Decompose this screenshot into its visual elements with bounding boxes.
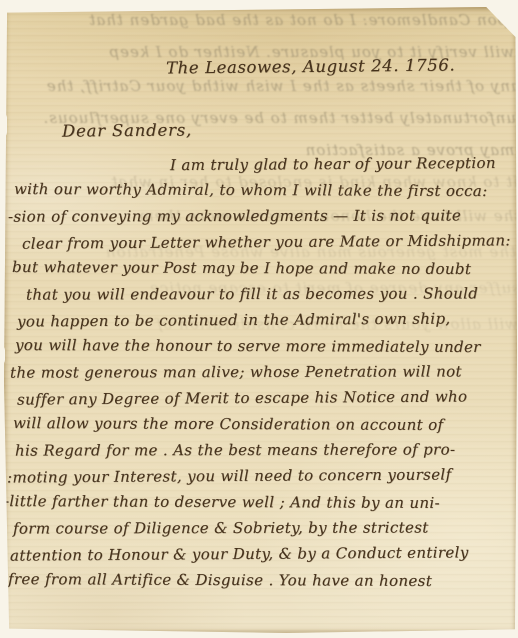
body-line: that you will endeavour to fill it as be… (26, 284, 478, 303)
body-line: but whatever your Post may be I hope and… (12, 258, 471, 278)
scan-edge-notch (0, 112, 7, 138)
bleedthrough-line: upon Candlemore: I do not as the bad gar… (0, 11, 518, 29)
body-line: suffer any Degree of Merit to escape his… (17, 387, 467, 408)
salutation: Dear Sanders, (62, 120, 192, 140)
body-line: :moting your Interest, you will need to … (7, 465, 452, 486)
body-line: attention to Honour & your Duty, & by a … (10, 543, 469, 564)
body-line: will allow yours the more Consideration … (13, 414, 443, 434)
body-line: with our worthy Admiral, to whom I will … (14, 180, 488, 200)
body-line: -little farther than to deserve well ; A… (4, 492, 440, 512)
body-line: free from all Artifice & Disguise . You … (8, 570, 432, 590)
bleedthrough-line: any of their sheets as the I wish withd … (0, 77, 518, 95)
body-line: -sion of conveying my acknowledgments — … (8, 206, 461, 225)
body-line: form course of Diligence & Sobriety, by … (13, 518, 429, 537)
body-line: you happen to be continued in the Admira… (17, 309, 451, 330)
letter-scan: upon Candlemore: I do not as the bad gar… (0, 0, 518, 638)
paper-sheet: upon Candlemore: I do not as the bad gar… (4, 7, 517, 633)
body-line: his Regard for me . As the best means th… (15, 440, 455, 459)
body-line: I am truly glad to hear of your Receptio… (170, 154, 496, 174)
body-line: clear from your Letter whether you are M… (22, 231, 511, 252)
body-line: you will have the honour to serve more i… (15, 336, 481, 356)
dateline: The Leasowes, August 24. 1756. (166, 55, 455, 77)
body-line: the most generous man alive; whose Penet… (10, 362, 462, 381)
